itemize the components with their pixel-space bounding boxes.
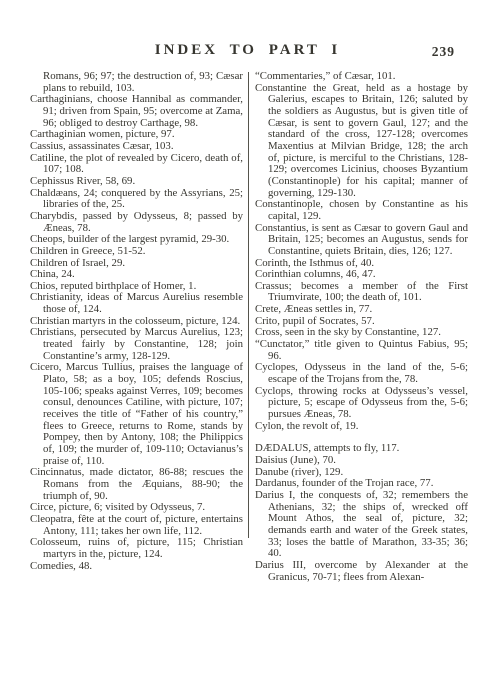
- index-entry: Darius I, the conquests of, 32; remember…: [255, 490, 468, 560]
- index-entry: Children in Greece, 51-52.: [30, 246, 243, 258]
- index-entry: Constantine the Great, held as a hostage…: [255, 83, 468, 200]
- index-entry: Christians, persecuted by Marcus Aureliu…: [30, 327, 243, 362]
- page-title: INDEX TO PART I: [0, 42, 495, 59]
- index-entry: Constantinople, chosen by Constantine as…: [255, 199, 468, 222]
- index-entry: Chaldæans, 24; conquered by the Assyrian…: [30, 188, 243, 211]
- index-entry: Romans, 96; 97; the destruction of, 93; …: [30, 71, 243, 94]
- index-entry: Colosseum, ruins of, picture, 115; Chris…: [30, 537, 243, 560]
- book-page: INDEX TO PART I 239 Romans, 96; 97; the …: [0, 0, 495, 682]
- index-entry: Christianity, ideas of Marcus Aurelius r…: [30, 292, 243, 315]
- index-entry: Cyclopes, Odysseus in the land of the, 5…: [255, 362, 468, 385]
- index-entry: “Commentaries,” of Cæsar, 101.: [255, 71, 468, 83]
- index-entry: Comedies, 48.: [30, 561, 243, 573]
- index-columns: Romans, 96; 97; the destruction of, 93; …: [0, 71, 495, 583]
- index-entry: “Cunctator,” title given to Quintus Fabi…: [255, 339, 468, 362]
- index-entry: Cephissus River, 58, 69.: [30, 176, 243, 188]
- index-column-left: Romans, 96; 97; the destruction of, 93; …: [30, 71, 248, 583]
- index-column-right: “Commentaries,” of Cæsar, 101.Constantin…: [249, 71, 468, 583]
- index-entry: Carthaginians, choose Hannibal as comman…: [30, 94, 243, 129]
- index-entry: Catiline, the plot of revealed by Cicero…: [30, 153, 243, 176]
- index-entry: Cylon, the revolt of, 19.: [255, 421, 468, 433]
- page-number: 239: [432, 44, 455, 60]
- index-entry: Cassius, assassinates Cæsar, 103.: [30, 141, 243, 153]
- index-entry: Crassus; becomes a member of the First T…: [255, 281, 468, 304]
- index-entry: Cicero, Marcus Tullius, praises the lang…: [30, 362, 243, 467]
- index-entry: Cincinnatus, made dictator, 86-88; rescu…: [30, 467, 243, 502]
- index-entry: Charybdis, passed by Odysseus, 8; passed…: [30, 211, 243, 234]
- index-entry: Cleopatra, fête at the court of, picture…: [30, 514, 243, 537]
- page-header: INDEX TO PART I 239: [0, 0, 495, 64]
- index-entry: Cyclops, throwing rocks at Odysseus’s ve…: [255, 386, 468, 421]
- index-entry: Darius III, overcome by Alexander at the…: [255, 560, 468, 583]
- index-entry: Constantius, is sent as Cæsar to govern …: [255, 223, 468, 258]
- index-entry: Daisius (June), 70.: [255, 455, 468, 467]
